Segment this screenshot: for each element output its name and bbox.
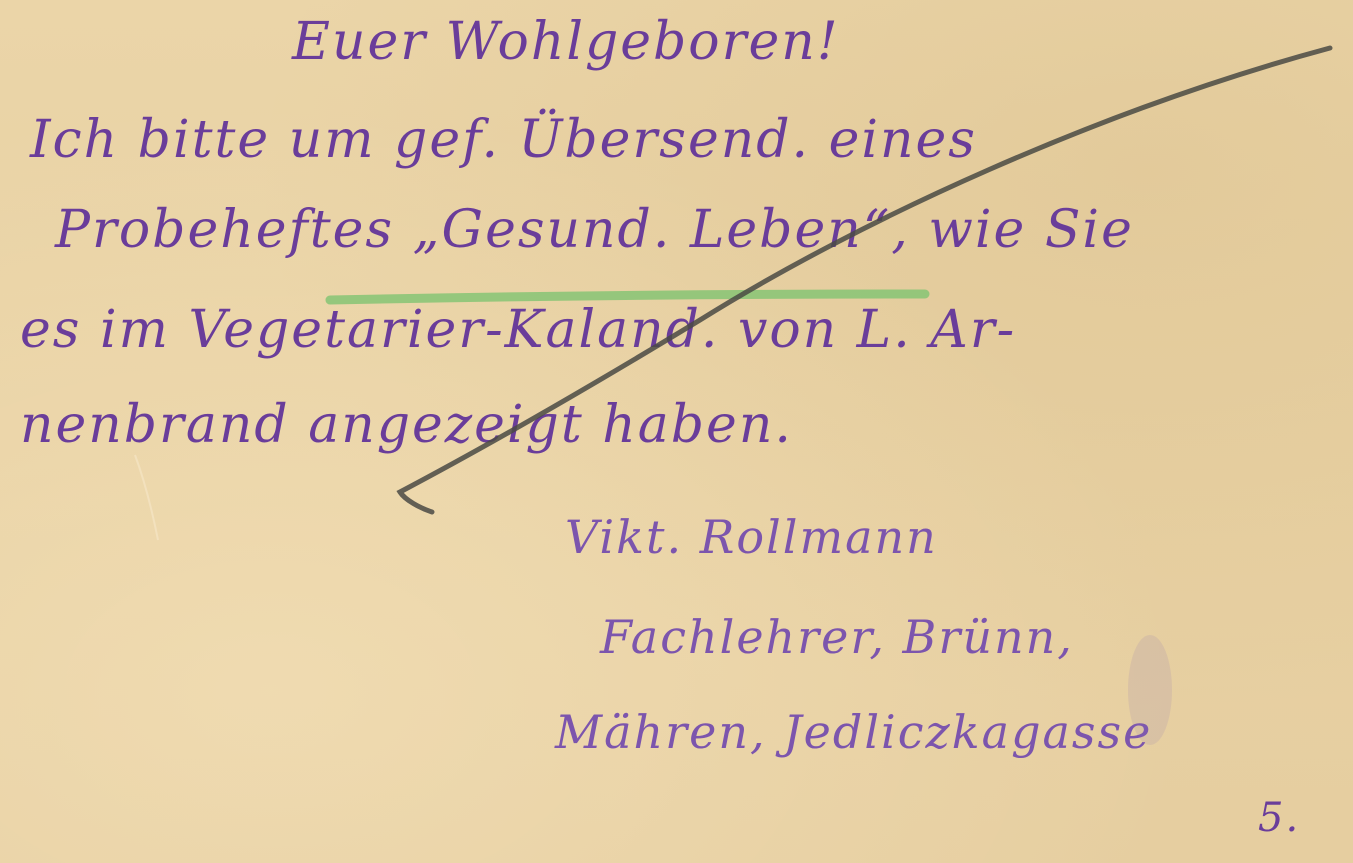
signature-title-city: Fachlehrer, Brünn, [600,610,1074,664]
body-line-3: es im Vegetarier-Kaland. von L. Ar- [20,300,1016,360]
signature-address: Mähren, Jedliczkagasse [555,705,1152,759]
postcard: Euer Wohlgeboren! Ich bitte um gef. Über… [0,0,1353,863]
body-line-1: Ich bitte um gef. Übersend. eines [30,110,977,170]
paper-crease [135,455,158,540]
signature-house-number: 5. [1258,795,1300,841]
body-line-4: nenbrand angezeigt haben. [20,395,793,455]
salutation: Euer Wohlgeboren! [292,12,840,72]
signature-name: Vikt. Rollmann [565,510,938,564]
body-line-2: Probeheftes „Gesund. Leben“, wie Sie [55,200,1134,260]
